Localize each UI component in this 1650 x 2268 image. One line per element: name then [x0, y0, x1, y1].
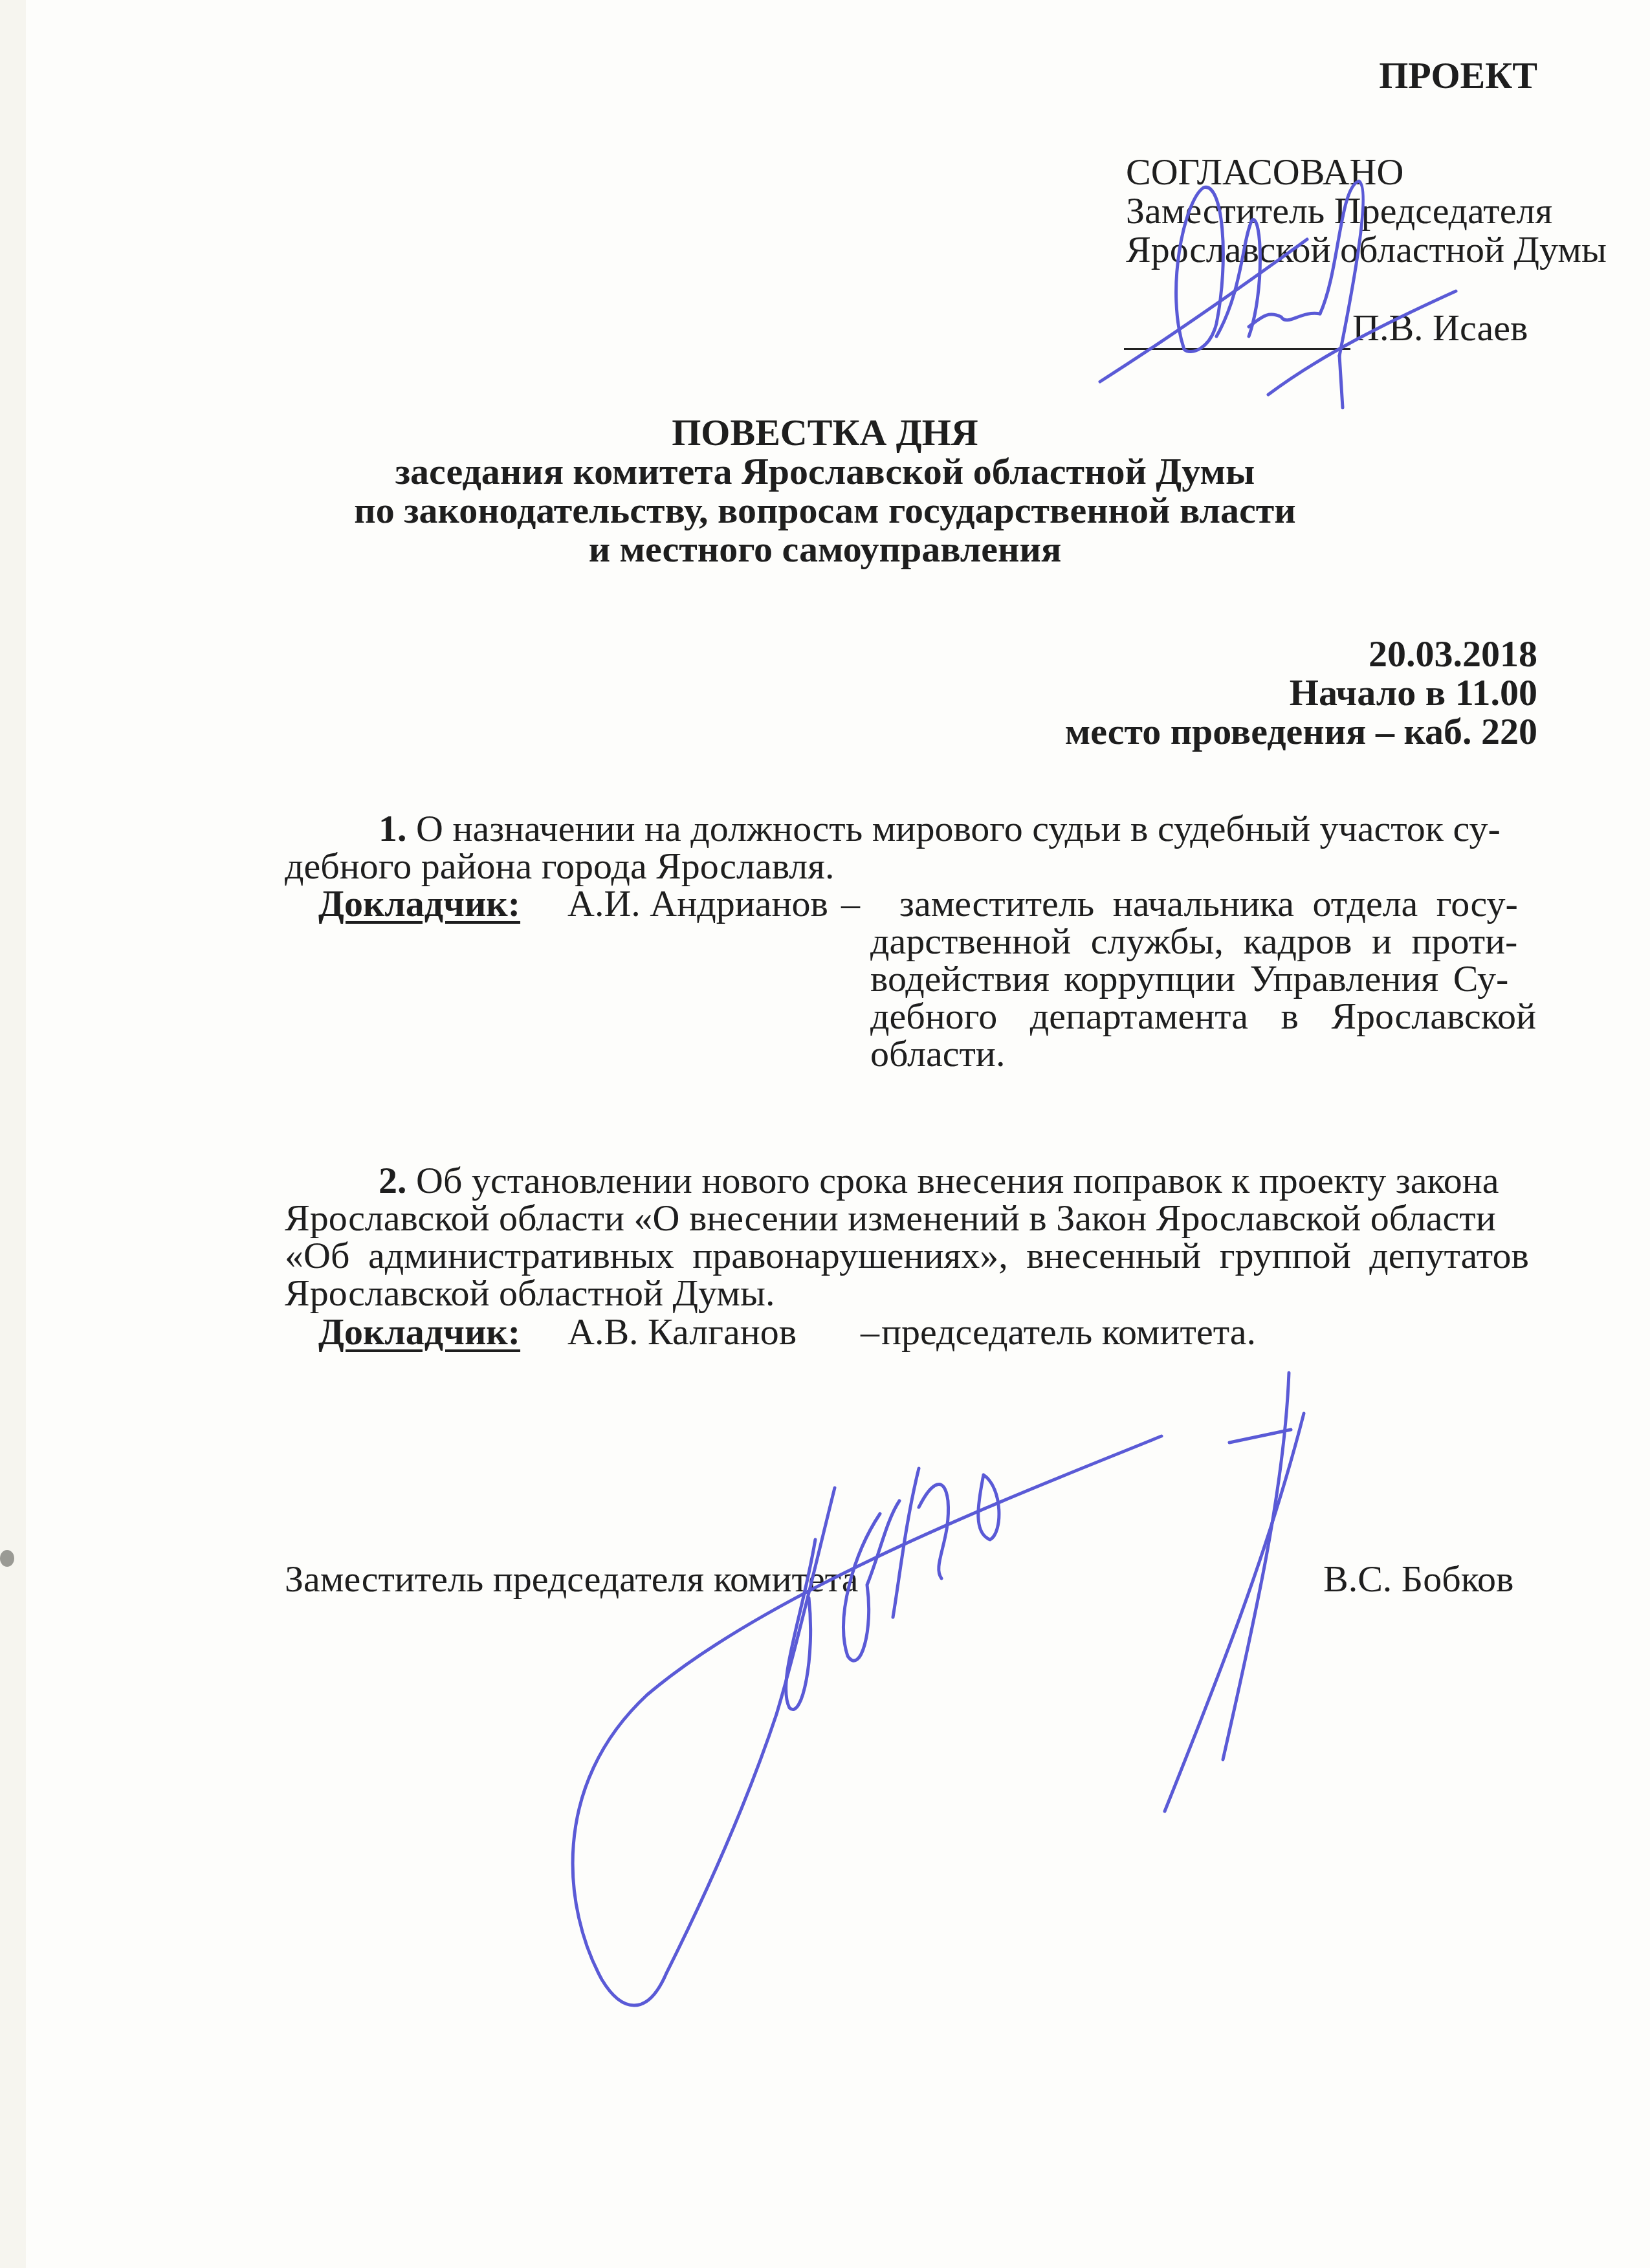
- signature-bobkov: [0, 0, 1650, 2268]
